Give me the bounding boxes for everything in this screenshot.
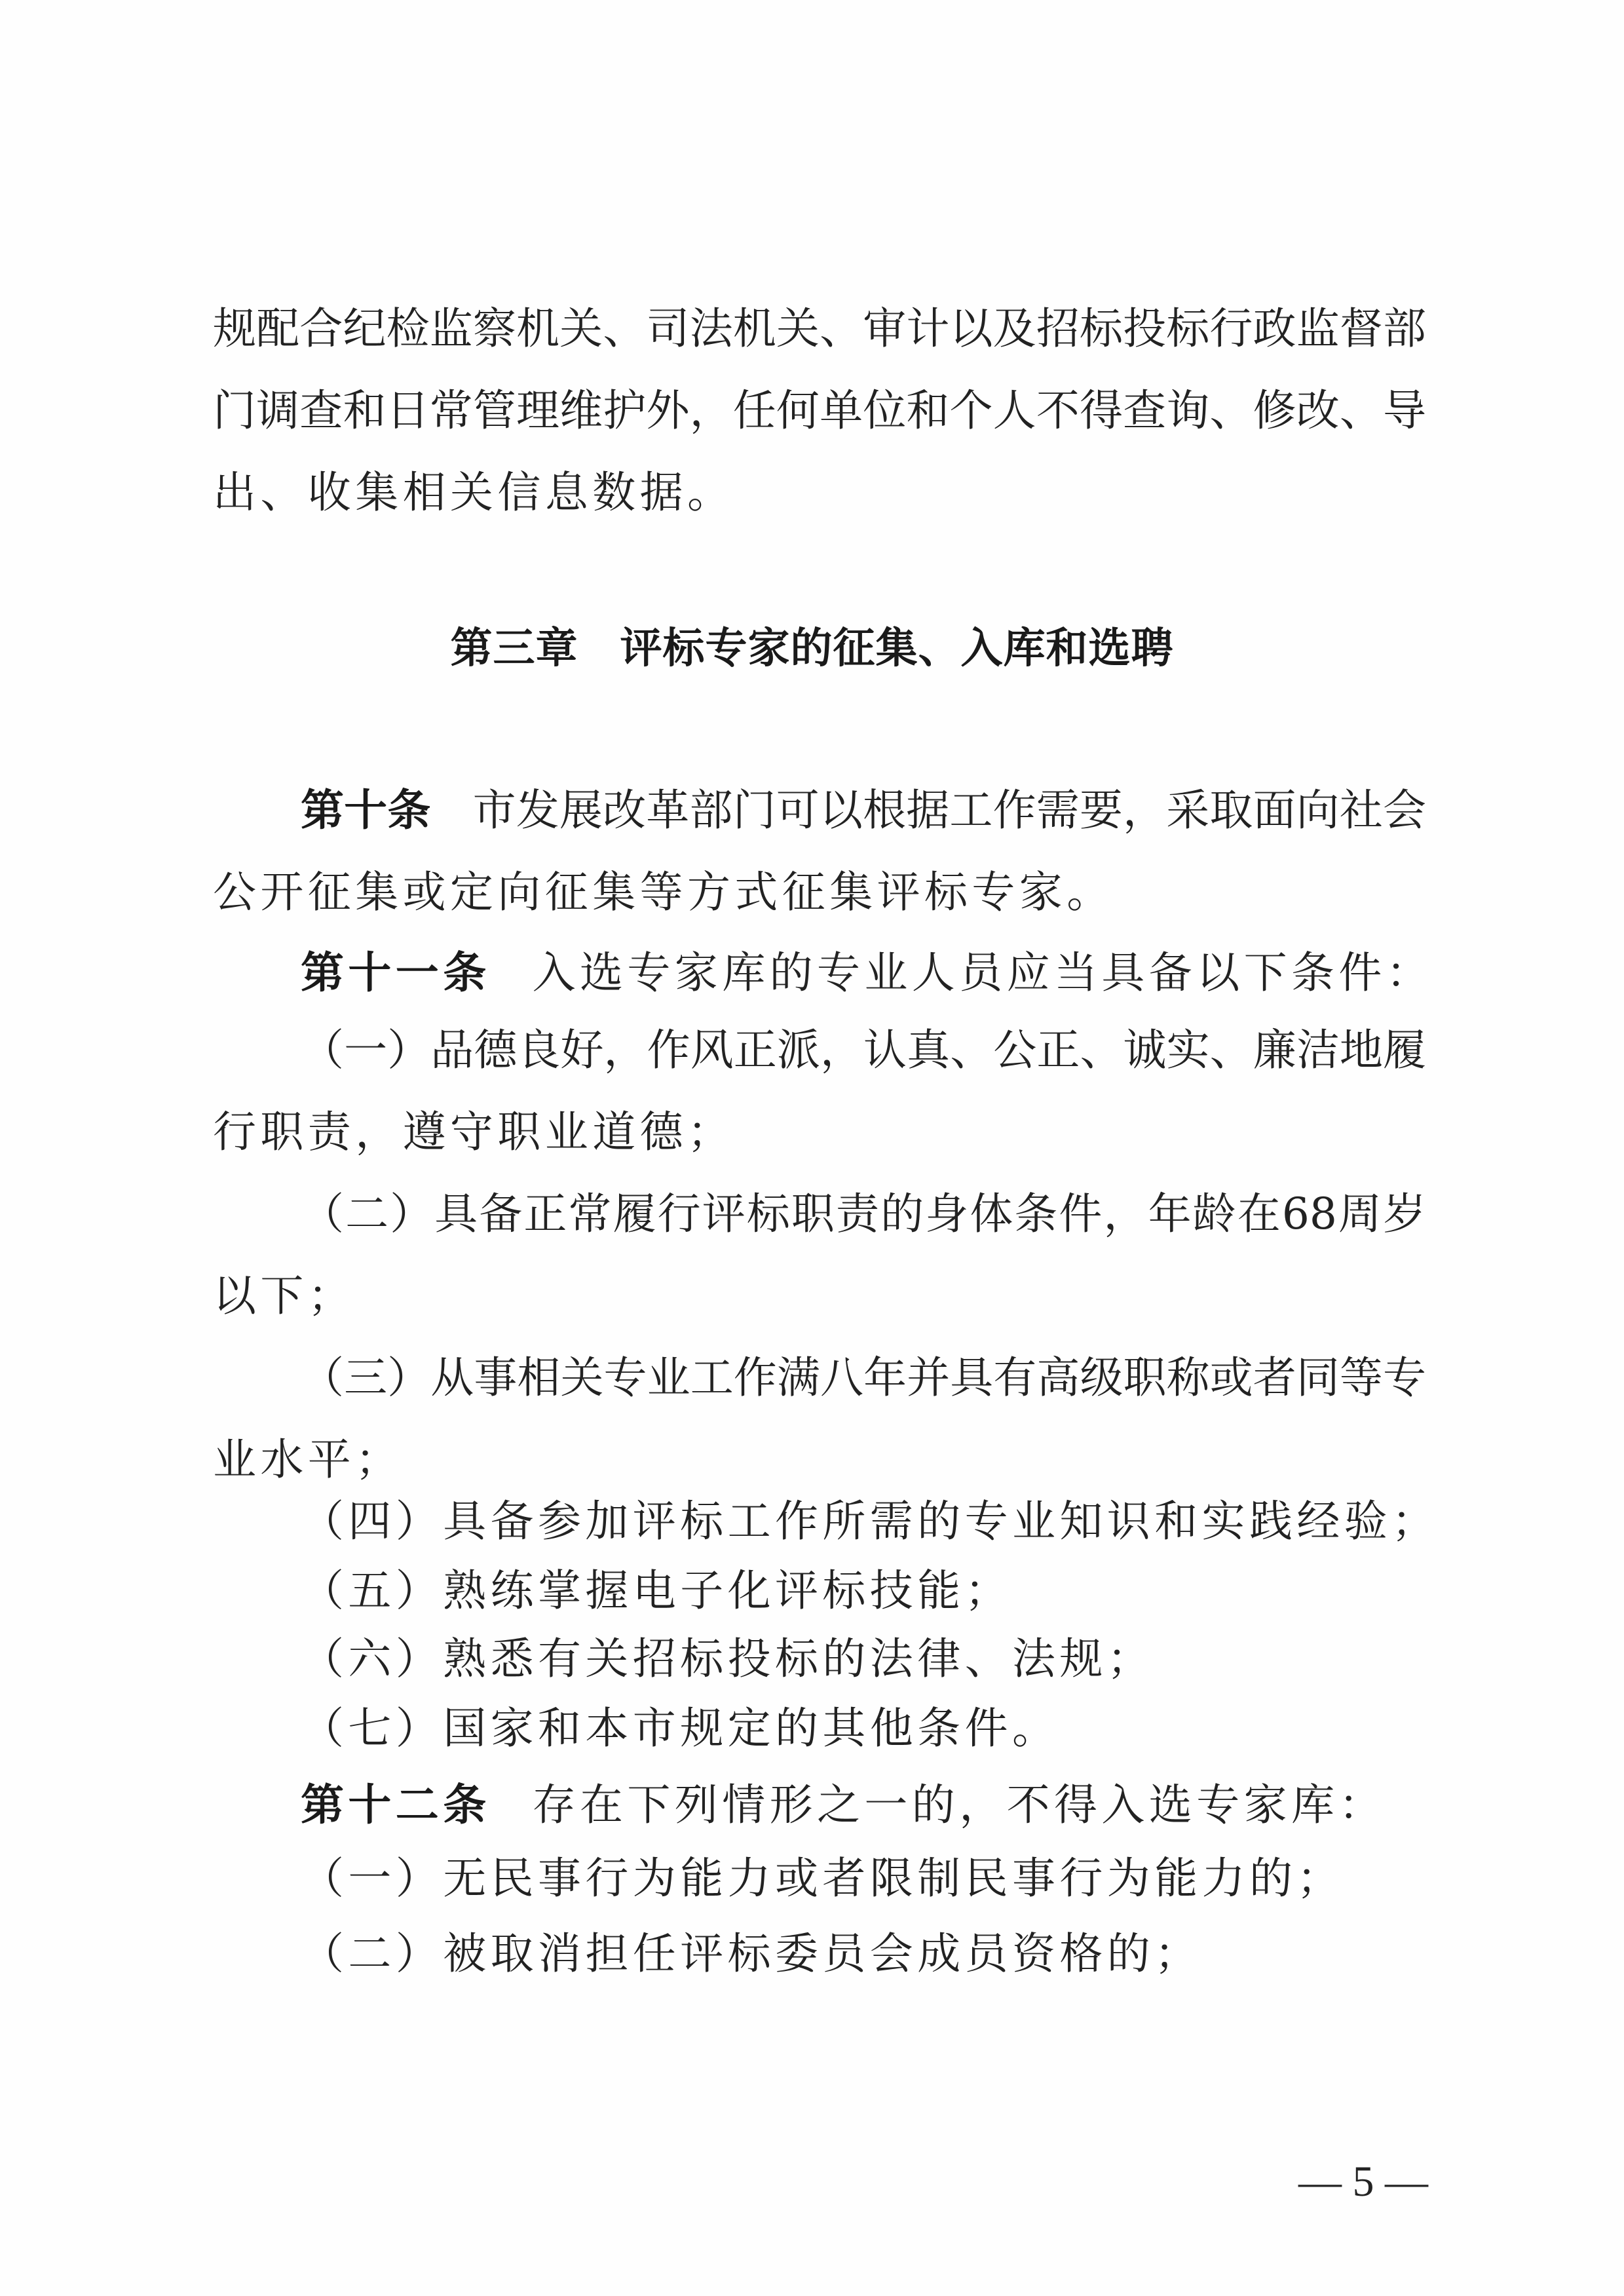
- list-item-line: 以下；: [213, 1270, 1426, 1322]
- chapter-number: 第三章: [451, 624, 578, 673]
- paragraph-line: 规配合纪检监察机关、司法机关、审计以及招标投标行政监督部: [213, 303, 1426, 355]
- document-page: 规配合纪检监察机关、司法机关、审计以及招标投标行政监督部 门调查和日常管理维护外…: [0, 0, 1624, 2296]
- article-label: 第十二条: [301, 1780, 491, 1830]
- list-item-line: （一）品德良好，作风正派，认真、公正、诚实、廉洁地履: [301, 1024, 1426, 1077]
- article-text: 入选专家库的专业人员应当具备以下条件：: [533, 947, 1434, 998]
- chapter-title: 评标专家的征集、入库和选聘: [620, 624, 1174, 673]
- list-item-line: （二）被取消担任评标委员会成员资格的；: [301, 1928, 1426, 1980]
- article-text: 市发展改革部门可以根据工作需要，采取面向社会: [472, 785, 1426, 835]
- article-text: 存在下列情形之一的，不得入选专家库：: [533, 1780, 1386, 1830]
- list-item-line: （五）熟练掌握电子化评标技能；: [301, 1565, 1426, 1617]
- paragraph-line: 出、收集相关信息数据。: [213, 467, 1426, 519]
- list-item-line: 行职责，遵守职业道德；: [213, 1106, 1426, 1158]
- list-item-line: （三）从事相关专业工作满八年并具有高级职称或者同等专: [301, 1352, 1426, 1404]
- article-label: 第十条: [301, 785, 430, 835]
- article-10-line: 第十条市发展改革部门可以根据工作需要，采取面向社会: [301, 784, 1426, 837]
- page-number: — 5 —: [1284, 2156, 1428, 2208]
- list-item-line: 业水平；: [213, 1434, 1426, 1486]
- list-item-line: （一）无民事行为能力或者限制民事行为能力的；: [301, 1852, 1426, 1905]
- paragraph-line: 门调查和日常管理维护外，任何单位和个人不得查询、修改、导: [213, 385, 1426, 437]
- list-item-line: （四）具备参加评标工作所需的专业知识和实践经验；: [301, 1495, 1426, 1548]
- article-11-line: 第十一条入选专家库的专业人员应当具备以下条件：: [301, 947, 1426, 999]
- chapter-heading: 第三章评标专家的征集、入库和选聘: [0, 622, 1624, 675]
- article-12-line: 第十二条存在下列情形之一的，不得入选专家库：: [301, 1779, 1426, 1831]
- list-item-line: （六）熟悉有关招标投标的法律、法规；: [301, 1633, 1426, 1685]
- paragraph-line: 公开征集或定向征集等方式征集评标专家。: [213, 866, 1426, 919]
- article-label: 第十一条: [301, 947, 491, 998]
- list-item-line: （七）国家和本市规定的其他条件。: [301, 1702, 1426, 1755]
- list-item-line: （二）具备正常履行评标职责的身体条件，年龄在68周岁: [301, 1188, 1426, 1240]
